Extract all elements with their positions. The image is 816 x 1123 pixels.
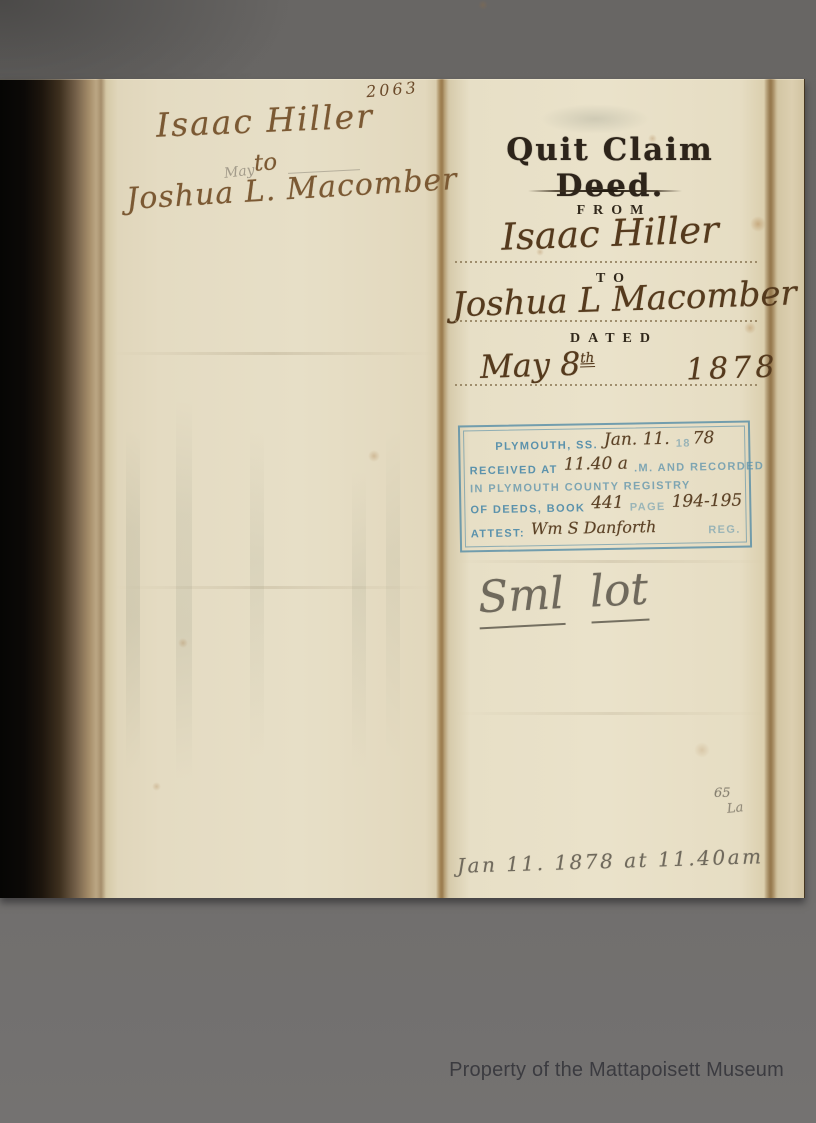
registry-stamp: PLYMOUTH, SS. Jan. 11. 1878 RECEIVED AT …: [458, 420, 752, 552]
title-divider: [528, 190, 682, 192]
grantee-rule: [455, 320, 757, 322]
stamp-handwritten-date: Jan. 11.: [604, 429, 670, 450]
stamp-line-1: PLYMOUTH, SS. Jan. 11. 1878: [469, 431, 739, 456]
pencil-number: 65: [714, 786, 731, 801]
pencil-note-word2: lot: [589, 564, 650, 624]
registrar-signature: Wm S Danforth: [531, 517, 657, 538]
deed-title: Quit Claim Deed.: [458, 132, 762, 204]
stamp-received-at: RECEIVED AT: [470, 464, 558, 478]
stamp-page-numbers: 194-195: [671, 491, 742, 512]
stamp-county: PLYMOUTH, SS.: [495, 439, 598, 453]
stamp-registry: IN PLYMOUTH COUNTY REGISTRY: [470, 479, 691, 495]
deed-date-day: May 8th: [479, 344, 595, 386]
stamp-year-printed: 18: [676, 437, 691, 449]
pencil-initials: La: [726, 800, 744, 817]
stamp-line-4: OF DEEDS, BOOK 441 PAGE 194-195: [470, 494, 740, 519]
stamp-book-number: 441: [591, 493, 624, 514]
stamp-handwritten-time: 11.40 a: [564, 453, 629, 474]
date-rule: [455, 384, 760, 386]
stamp-attest-label: ATTEST:: [471, 527, 525, 540]
stain-spot: [478, 0, 488, 10]
museum-watermark: Property of the Mattapoisett Museum: [449, 1059, 784, 1082]
stamp-reg-label: REG.: [708, 524, 741, 537]
stamp-line-5: ATTEST: Wm S Danforth REG.: [471, 518, 741, 542]
date-month-day: May 8: [479, 345, 581, 386]
date-ordinal-suffix: th: [580, 351, 595, 367]
dated-label: DATED: [460, 331, 760, 347]
stamp-book-label: OF DEEDS, BOOK: [470, 503, 585, 517]
stamp-and-recorded: .M. AND RECORDED: [634, 460, 764, 474]
deed-date-year: 1878: [685, 349, 779, 387]
pencil-note-small-lot: Smllot: [477, 564, 650, 624]
stamp-year-handwritten: 78: [693, 428, 715, 448]
stamp-line-2: RECEIVED AT 11.40 a .M. AND RECORDED: [470, 454, 740, 479]
pencil-note-word1: Sml: [477, 568, 566, 629]
stamp-page-label: PAGE: [630, 501, 666, 514]
grantor-rule: [455, 261, 757, 263]
scanned-deed-page: 2063 Isaac Hiller May to Joshua L. Macom…: [0, 0, 816, 1123]
